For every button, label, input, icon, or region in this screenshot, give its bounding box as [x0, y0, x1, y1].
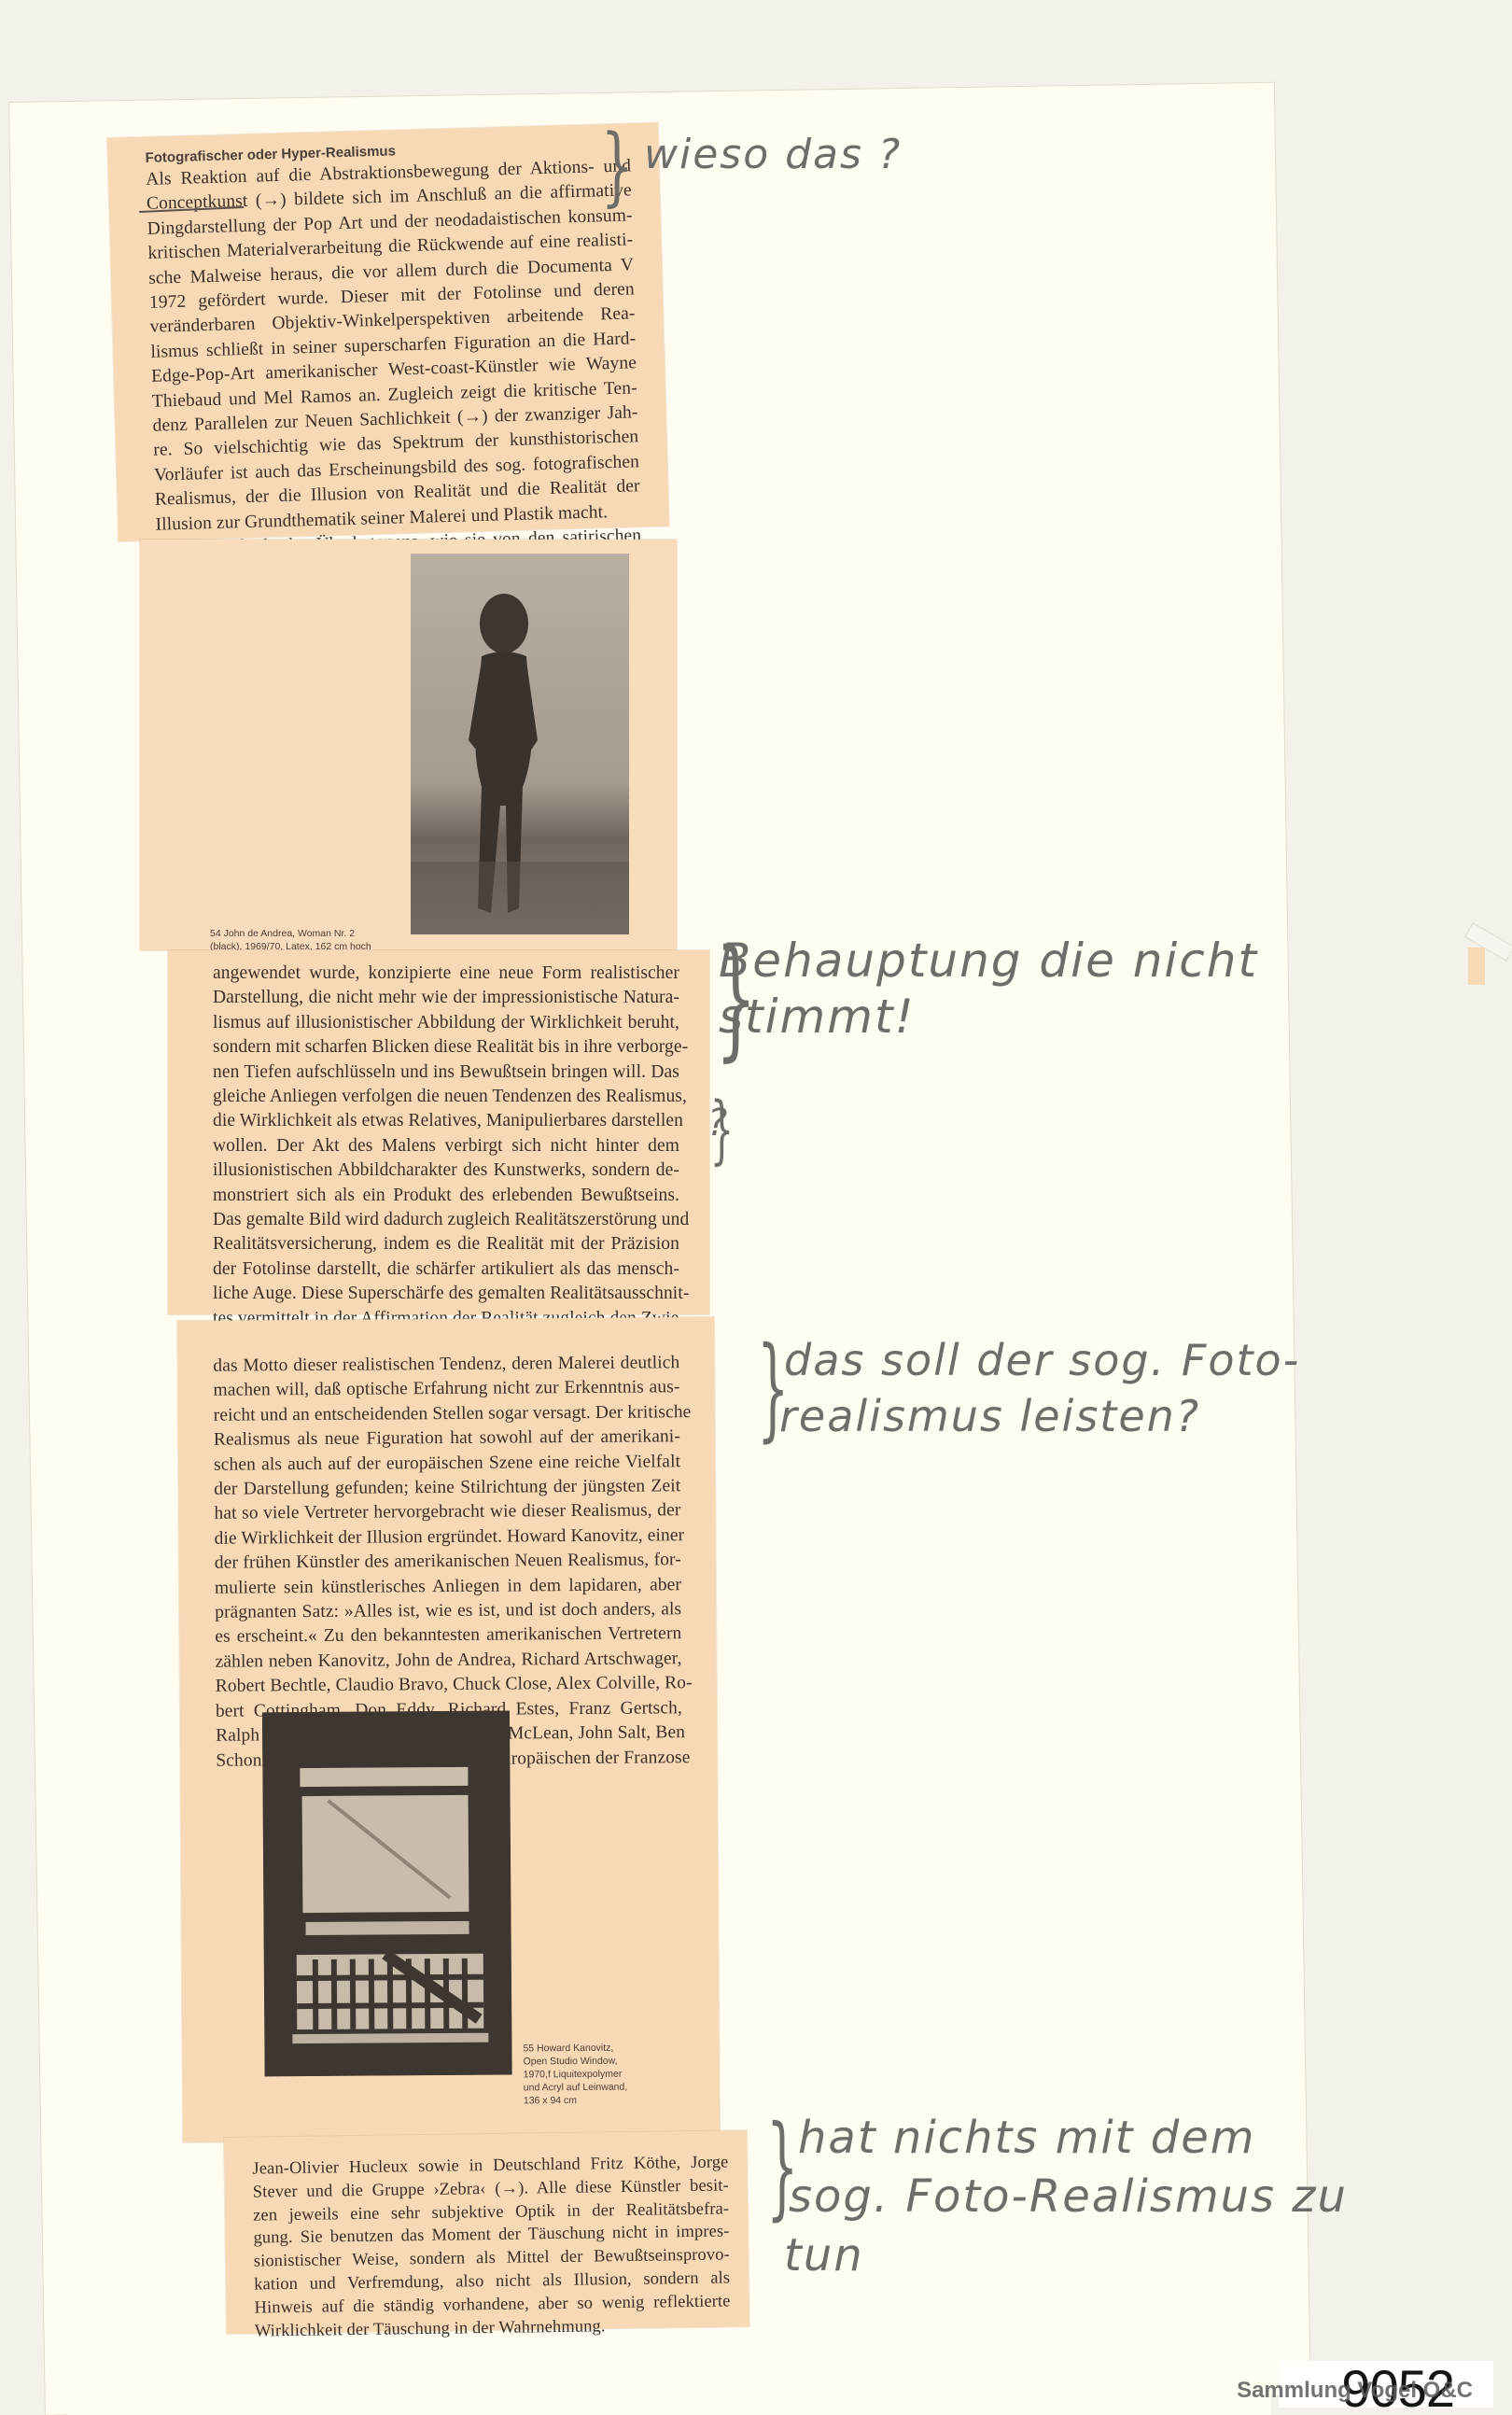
- text-line: Robert Bechtle, Claudio Bravo, Chuck Clo…: [216, 1672, 682, 1700]
- text-line: mulierte sein künstlerisches Anliegen in…: [215, 1573, 681, 1601]
- caption-line: 55 Howard Kanovitz,: [523, 2041, 653, 2055]
- handwritten-note: tun: [784, 2229, 864, 2282]
- text-line: schen als auch auf der europäischen Szen…: [214, 1450, 680, 1478]
- caption-line: 1970,f Liquitexpolymer: [524, 2067, 654, 2081]
- clipping-3-body: das Motto dieser realistischen Tendenz, …: [213, 1351, 682, 1773]
- text-line: machen will, daß optische Erfahrung nich…: [213, 1376, 679, 1404]
- tape-residue: [1468, 948, 1485, 985]
- text-line: Das gemalte Bild wird dadurch zugleich R…: [213, 1208, 679, 1232]
- caption-line: 54 John de Andrea, Woman Nr. 2: [210, 927, 415, 940]
- text-line: lismus auf illusionistischer Abbildung d…: [213, 1011, 679, 1035]
- text-line: Realitätsversicherung, indem es die Real…: [213, 1232, 679, 1257]
- text-line: reicht und an entscheidenden Stellen sog…: [214, 1400, 680, 1428]
- figure-54-clipping: 54 John de Andrea, Woman Nr. 2 (black), …: [140, 540, 677, 950]
- text-line: es erscheint.« Zu den bekanntesten ameri…: [215, 1622, 681, 1650]
- text-line: angewendet wurde, konzipierte eine neue …: [213, 962, 679, 986]
- clipping-4: Jean-Olivier Hucleux sowie in Deutschlan…: [224, 2130, 749, 2334]
- figure-55-caption: 55 Howard Kanovitz, Open Studio Window, …: [523, 2041, 653, 2107]
- handwritten-note: das soll der sog. Foto-: [784, 1335, 1300, 1385]
- caption-line: Open Studio Window,: [523, 2054, 653, 2068]
- clipping-1-body: Als Reaktion auf die Abstraktionsbewegun…: [146, 154, 642, 586]
- text-line: illusionistischen Abbildcharakter des Ku…: [213, 1158, 679, 1183]
- text-line: die Wirklichkeit als etwas Relatives, Ma…: [213, 1109, 679, 1133]
- text-line: Darstellung, die nicht mehr wie der impr…: [213, 986, 679, 1010]
- text-line: zählen neben Kanovitz, John de Andrea, R…: [215, 1647, 681, 1675]
- brace-icon: }: [601, 123, 634, 209]
- text-line: wollen. Der Akt des Malens verbirgt sich…: [213, 1134, 679, 1158]
- text-line: der Fotolinse darstellt, die schärfer ar…: [213, 1257, 679, 1282]
- text-line: sondern mit scharfen Blicken diese Reali…: [213, 1035, 679, 1060]
- handwritten-note: sog. Foto-Realismus zu: [789, 2170, 1348, 2223]
- text-line: Realismus als neue Figuration hat sowohl…: [214, 1425, 680, 1453]
- figure-54-photo: [411, 554, 629, 934]
- studio-window-illustration: [262, 1711, 512, 2077]
- caption-line: und Acryl auf Leinwand,: [524, 2080, 654, 2094]
- handwritten-note: Behauptung die nicht: [719, 934, 1258, 988]
- text-line: die Wirklichkeit der Illusion ergründet.…: [215, 1523, 681, 1551]
- text-line: der frühen Künstler des amerikanischen N…: [215, 1548, 681, 1576]
- text-line: gleiche Anliegen verfolgen die neuen Ten…: [213, 1085, 679, 1109]
- text-line: der Darstellung gefunden; keine Stilrich…: [214, 1474, 680, 1502]
- text-line: das Motto dieser realistischen Tendenz, …: [213, 1351, 679, 1379]
- text-line: prägnanten Satz: »Alles ist, wie es ist,…: [215, 1597, 681, 1625]
- handwritten-note: wieso das ?: [644, 131, 902, 178]
- handwritten-note: realismus leisten?: [779, 1391, 1200, 1441]
- text-line: liche Auge. Diese Superschärfe des gemal…: [213, 1282, 679, 1306]
- collection-watermark: Sammlung Vogel O&C: [1237, 2378, 1473, 2404]
- text-line: nen Tiefen aufschlüsseln und ins Bewußts…: [213, 1060, 679, 1085]
- handwritten-note: hat nichts mit dem: [798, 2112, 1256, 2164]
- clipping-3: das Motto dieser realistischen Tendenz, …: [177, 1317, 720, 2142]
- clipping-2: angewendet wurde, konzipierte eine neue …: [168, 950, 709, 1314]
- clipping-1: Fotografischer oder Hyper-Realismus Als …: [107, 123, 669, 541]
- caption-line: 136 x 94 cm: [524, 2093, 654, 2107]
- text-line: hat so viele Vertreter hervorgebracht wi…: [214, 1499, 680, 1527]
- clipping-4-body: Jean-Olivier Hucleux sowie in Deutschlan…: [252, 2151, 731, 2342]
- handwritten-note: stimmt!: [719, 990, 916, 1044]
- figure-54-caption: 54 John de Andrea, Woman Nr. 2 (black), …: [210, 927, 415, 953]
- standing-figure-illustration: [411, 554, 629, 934]
- text-line: monstriert sich als ein Produkt des erle…: [213, 1184, 679, 1208]
- handwritten-note: ?: [707, 1102, 729, 1144]
- figure-55-photo: [262, 1711, 512, 2077]
